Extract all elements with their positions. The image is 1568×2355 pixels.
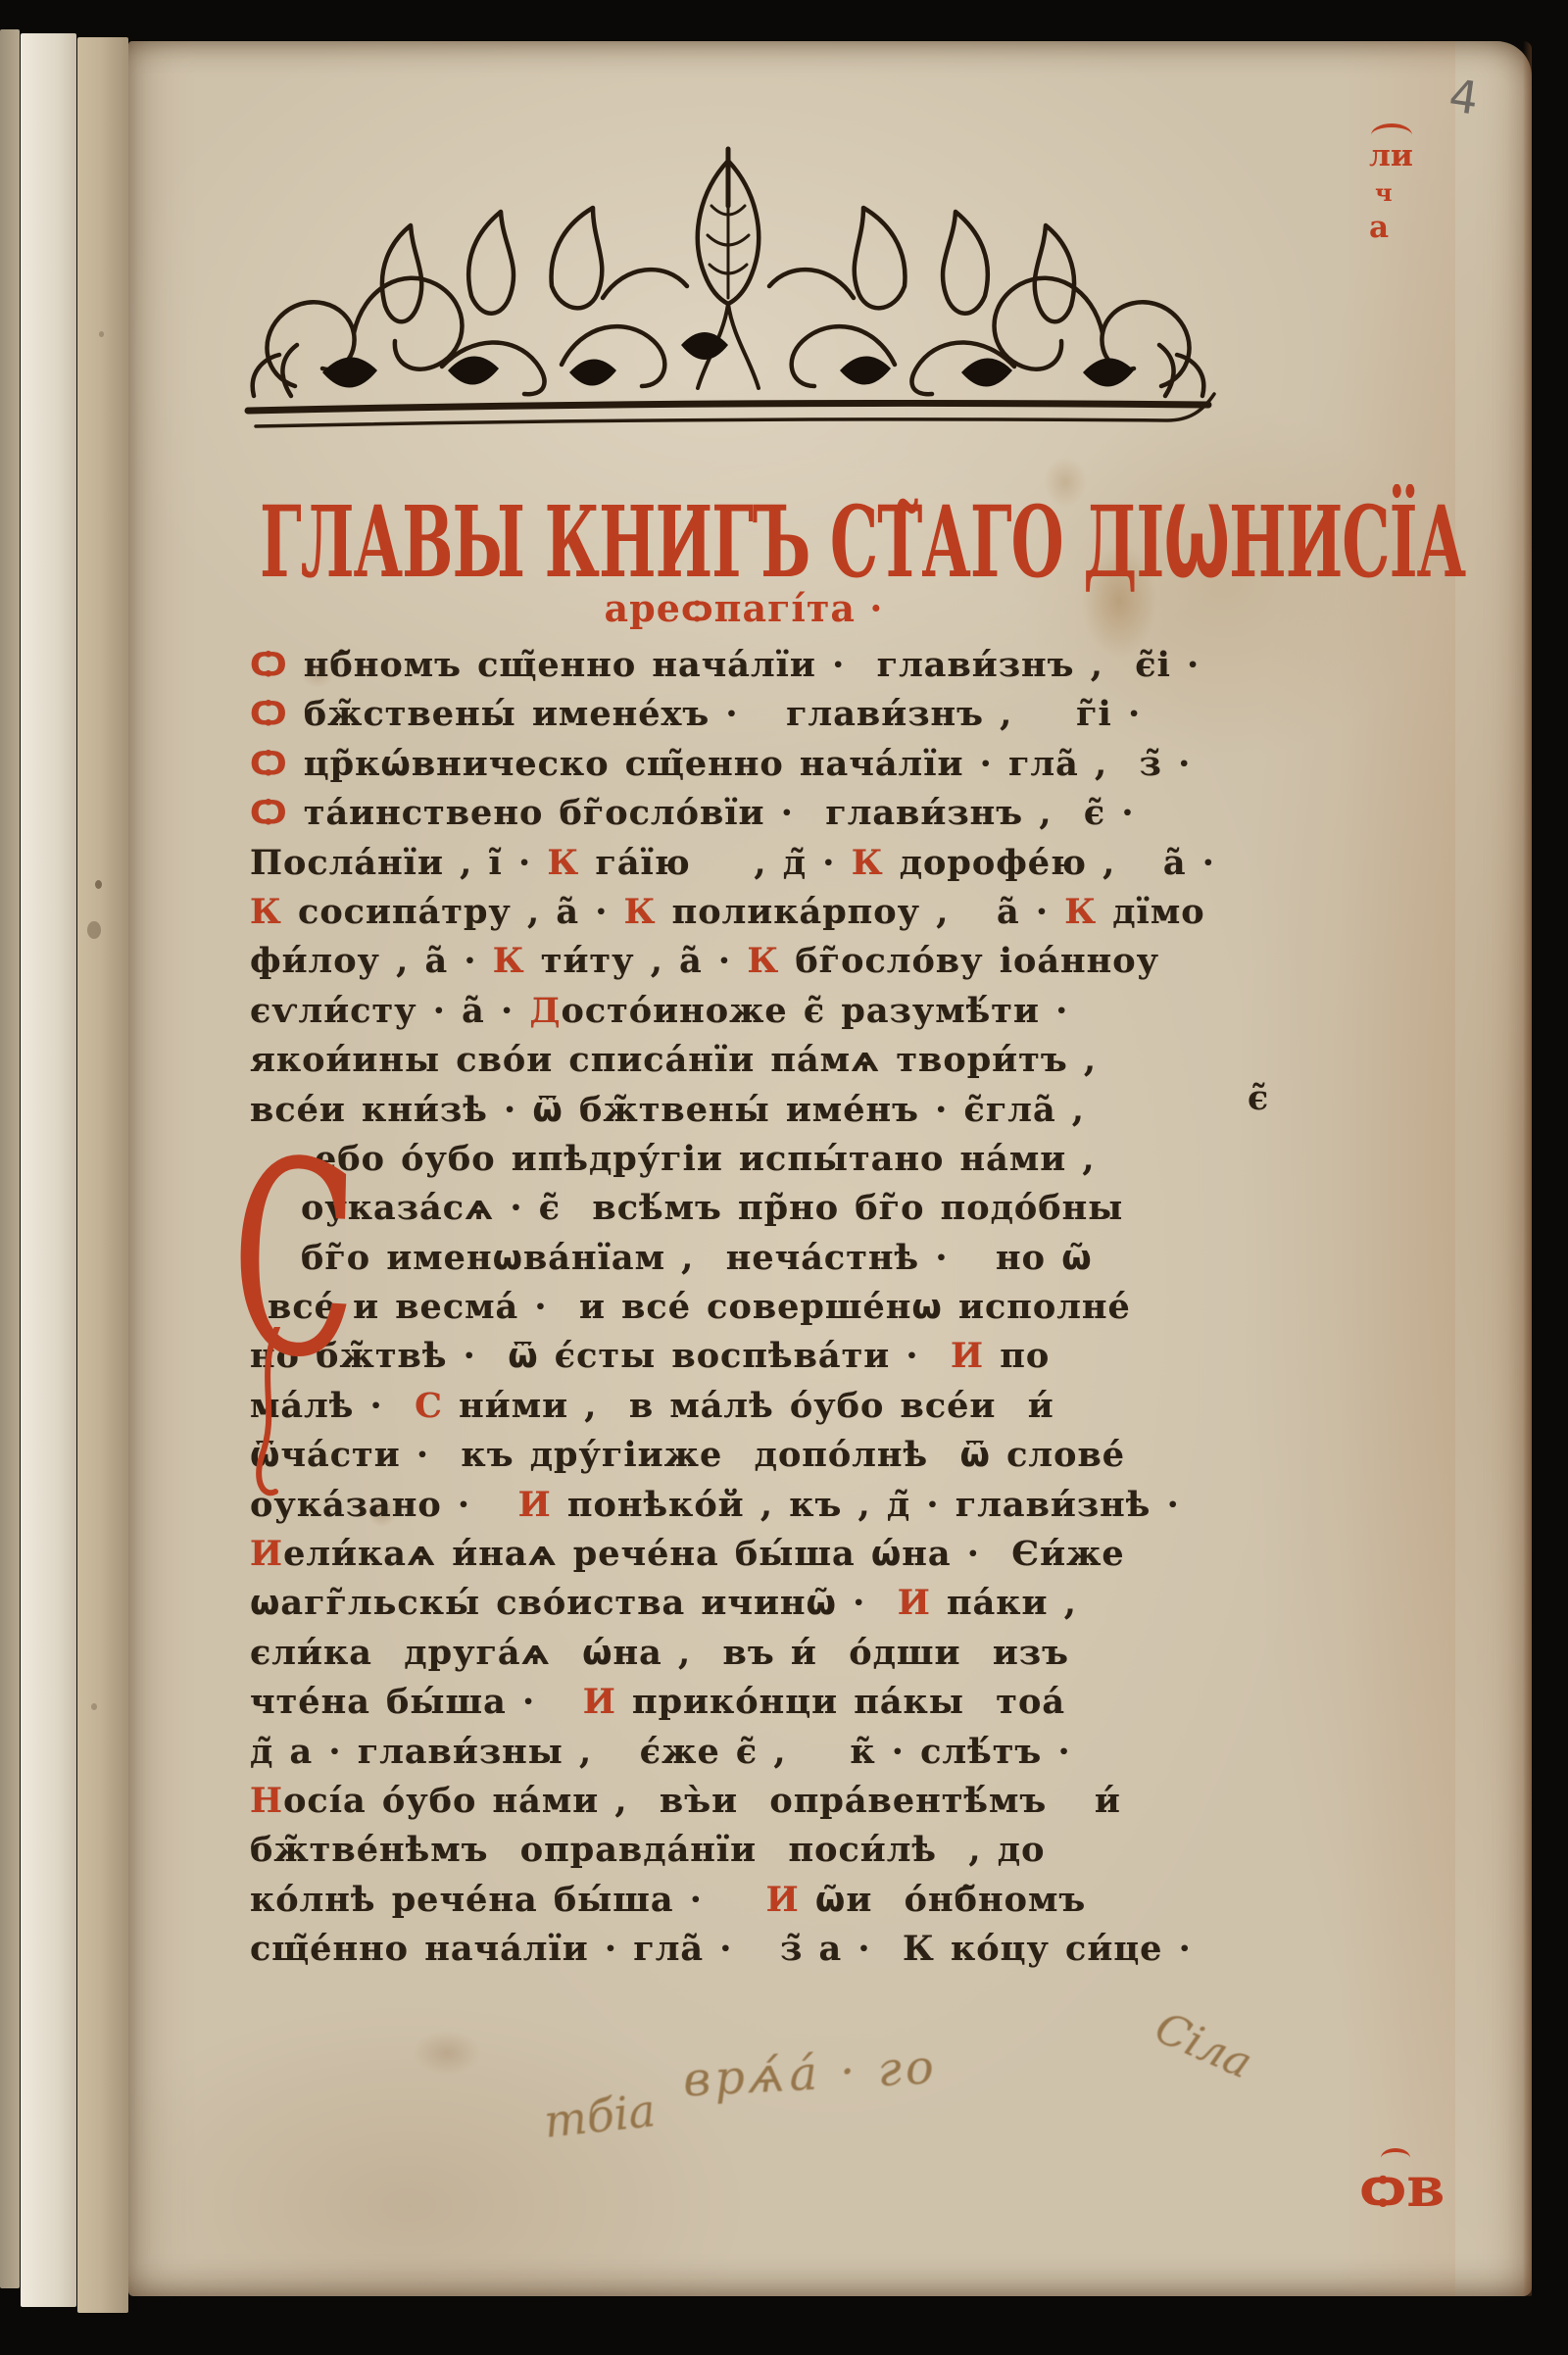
margin-note-e: є̃ [1248, 1078, 1268, 1118]
manuscript-line: Ѻ цр̃кѡ́вническо сщ̃енно нача́лїи · гла̃… [250, 740, 1318, 789]
manuscript-line: чте́на бы́ша · И прико́нци па́кы тоа́ [250, 1678, 1318, 1727]
text-segment: д̃ а · глави́зны , є́же є̃ , к̃ · слѣ́тъ… [250, 1732, 1071, 1772]
rubric-letter: К [852, 843, 884, 883]
rubric-letter: К [493, 941, 525, 981]
manuscript-line: оука́зано · И понѣко́й , къ , д̃ · глави… [250, 1481, 1318, 1530]
manuscript-line: Носі́а о́убо на́ми , въ̀и опра́вентѣ́мъ … [250, 1777, 1318, 1826]
manuscript-line: д̃ а · глави́зны , є́же є̃ , к̃ · слѣ́тъ… [250, 1728, 1318, 1777]
manuscript-line: К сосипа́тру , а̃ · К полика́рпоу , а̃ ·… [250, 888, 1318, 937]
text-segment: оука́зано · [250, 1485, 518, 1525]
text-segment: сщ̃е́нно нача́лїи · гла̃ · з̃ а · К ко́ц… [250, 1929, 1192, 1969]
quire-mark: ѻв [1359, 2148, 1445, 2215]
manuscript-line: оуказа́сѧ · є̃ всѣ́мъ пр̃но бг̃о подо́бн… [250, 1184, 1318, 1233]
manuscript-line: но бж̃твѣ · ѿ є́сты воспѣва́ти · И по [250, 1332, 1318, 1381]
text-segment: все́и кни́зѣ · ѿ бж̃твены́ име́нъ · є̃гл… [250, 1090, 1085, 1130]
rubric-letter: Ѻ [250, 744, 288, 784]
manuscript-line: все́ и весма́ · и все́ соверше́нѡ исполн… [250, 1283, 1318, 1332]
text-block: Ѻ нб̃номъ сщ̃енно нача́лїи · глави́знъ ,… [250, 641, 1318, 1975]
manuscript-scan: 4 ли ч а [0, 0, 1568, 2355]
text-segment: ѿча́сти · къ дру́гіиже допо́лнѣ ѿ слове́ [250, 1435, 1125, 1475]
manuscript-line: сщ̃е́нно нача́лїи · гла̃ · з̃ а · К ко́ц… [250, 1925, 1318, 1974]
text-segment: понѣко́й , къ , д̃ · глави́знѣ · [552, 1485, 1180, 1525]
rubric-letter: И [583, 1682, 616, 1722]
manuscript-line: все́и кни́зѣ · ѿ бж̃твены́ име́нъ · є̃гл… [250, 1086, 1318, 1135]
rubric-letter: С [415, 1386, 443, 1426]
text-segment: ели́каѧ и́наѧ рече́на бы́ша ѡ́на · Єи́же [283, 1534, 1125, 1574]
rubric-letter: Н [250, 1781, 283, 1821]
rubric-letter: И [766, 1880, 800, 1920]
text-segment: фи́лоу , а̃ · [250, 941, 493, 981]
manuscript-line: Ѻ нб̃номъ сщ̃енно нача́лїи · глави́знъ ,… [250, 641, 1318, 690]
facing-page-edge [0, 29, 20, 2288]
text-segment: ни́ми , в ма́лѣ о́убо все́и и́ [443, 1386, 1054, 1426]
text-segment: ебо о́убо ипѣдру́гіи испы́тано на́ми , [315, 1139, 1096, 1179]
text-segment: дїмо [1097, 892, 1205, 932]
speck [91, 1703, 97, 1710]
manuscript-line: ѿча́сти · къ дру́гіиже допо́лнѣ ѿ слове́ [250, 1431, 1318, 1480]
text-segment: ко́лнѣ рече́на бы́ша · [250, 1880, 766, 1920]
text-segment: па́ки , [931, 1583, 1077, 1623]
manuscript-line: якои́ины сво́и списа́нїи па́мѧ твори́тъ … [250, 1036, 1318, 1085]
pen-trial: тбіа [541, 2084, 658, 2148]
manuscript-line: фи́лоу , а̃ · К ти́ту , а̃ · К бг̃осло́в… [250, 937, 1318, 986]
rubric-letter: И [250, 1534, 283, 1574]
text-segment: по [984, 1336, 1050, 1376]
text-segment: ти́ту , а̃ · [525, 941, 748, 981]
text-segment: сосипа́тру , а̃ · [282, 892, 624, 932]
pen-trial: врѧ́а́ · го [682, 2039, 939, 2108]
manuscript-line: Посла́нїи , і̃ · К га́їю , д̃ · К дорофе… [250, 839, 1318, 888]
text-segment: осто́иноже є̃ разумѣ́ти · [561, 991, 1068, 1031]
manuscript-line: ѡагг̃льскы́ сво́иства ичинѡ̃ · И па́ки , [250, 1579, 1318, 1628]
rubric-letter: а [1369, 213, 1438, 243]
rubric-margin-note: ли ч а [1369, 123, 1438, 253]
rubric-letter: Ѻ [250, 793, 288, 833]
manuscript-line: ко́лнѣ рече́на бы́ша · И ѡ̃и о́нб̃номъ [250, 1876, 1318, 1925]
text-segment: дорофе́ю , а̃ · [884, 843, 1215, 883]
text-segment: бг̃осло́ву іоа́нноу [779, 941, 1159, 981]
manuscript-line: бж̃тве́нѣмъ оправда́нїи поси́лѣ , до [250, 1826, 1318, 1875]
drop-cap-flourish [244, 1327, 287, 1513]
quire-mark-letters: ѻв [1359, 2155, 1445, 2220]
worn-edge [1523, 41, 1532, 2296]
rubric-letter: ли [1369, 141, 1438, 172]
speck [95, 880, 102, 889]
page-title: ГЛАВЫ КНИГЪ СТ̃АГО ДІѠНИСЇА [260, 484, 1193, 600]
text-segment: прико́нци па́кы тоа́ [616, 1682, 1065, 1722]
speck [87, 921, 101, 939]
text-segment: нб̃номъ сщ̃енно нача́лїи · глави́знъ , є… [288, 645, 1200, 685]
text-segment: бж̃тве́нѣмъ оправда́нїи поси́лѣ , до [250, 1830, 1045, 1870]
manuscript-line: Ѻ бж̃ствены́ имене́хъ · глави́знъ , г̃і … [250, 690, 1318, 739]
manuscript-line: бг̃о именѡва́нїам , неча́стнѣ · но ѡ̃ [250, 1234, 1318, 1283]
edge-staining [1338, 41, 1455, 2296]
text-segment: Посла́нїи , і̃ · [250, 843, 547, 883]
manuscript-line: Ѻ та́инствено бг̃осло́вїи · глави́знъ , … [250, 789, 1318, 838]
rubric-letter: ч [1375, 181, 1438, 205]
text-segment: полика́рпоу , а̃ · [656, 892, 1064, 932]
text-segment: все́ и весма́ · и все́ соверше́нѡ исполн… [268, 1287, 1131, 1327]
manuscript-line: єли́ка друга́ѧ ѡ́на , въ и́ о́дши изъ [250, 1629, 1318, 1678]
text-segment: бж̃ствены́ имене́хъ · глави́знъ , г̃і · [288, 694, 1142, 734]
page-subtitle: ареѻпагі́та · [587, 586, 901, 630]
rubric-letter: К [747, 941, 779, 981]
rubric-letter: Ѻ [250, 645, 288, 685]
text-segment: ѡ̃и о́нб̃номъ [800, 1880, 1086, 1920]
rubric-letter: И [898, 1583, 931, 1623]
text-segment: та́инствено бг̃осло́вїи · глави́знъ , є̃… [288, 793, 1135, 833]
rubric-letter: К [624, 892, 657, 932]
manuscript-page: 4 ли ч а [128, 41, 1532, 2296]
manuscript-line: єѵли́сту · а̃ · Досто́иноже є̃ разумѣ́ти… [250, 987, 1318, 1036]
rubric-letter: И [518, 1485, 552, 1525]
text-segment: цр̃кѡ́вническо сщ̃енно нача́лїи · гла̃ ,… [288, 744, 1192, 784]
rubric-letter: К [250, 892, 282, 932]
text-segment: ѡагг̃льскы́ сво́иства ичинѡ̃ · [250, 1583, 898, 1623]
text-segment: оуказа́сѧ · є̃ всѣ́мъ пр̃но бг̃о подо́бн… [301, 1188, 1123, 1228]
titlo-arc [1371, 123, 1412, 135]
speck [99, 331, 104, 337]
folio-number: 4 [1445, 69, 1482, 125]
manuscript-line: ебо о́убо ипѣдру́гіи испы́тано на́ми , [250, 1135, 1318, 1184]
gutter-strip [77, 37, 128, 2313]
headpiece-ornament [238, 139, 1218, 443]
rubric-letter: Ѻ [250, 694, 288, 734]
text-segment: чте́на бы́ша · [250, 1682, 583, 1722]
text-segment: єли́ка друга́ѧ ѡ́на , въ и́ о́дши изъ [250, 1633, 1069, 1673]
rubric-letter: И [951, 1336, 984, 1376]
manuscript-line: Иели́каѧ и́наѧ рече́на бы́ша ѡ́на · Єи́ж… [250, 1530, 1318, 1579]
rubric-letter: К [1064, 892, 1097, 932]
manuscript-line: ма́лѣ · С ни́ми , в ма́лѣ о́убо все́и и́ [250, 1382, 1318, 1431]
rubric-letter: К [547, 843, 579, 883]
foxing-spot [413, 2031, 481, 2076]
pen-trial: Сіла [1148, 2002, 1259, 2088]
text-segment: осі́а о́убо на́ми , въ̀и опра́вентѣ́мъ и… [283, 1781, 1121, 1821]
text-segment: бг̃о именѡва́нїам , неча́стнѣ · но ѡ̃ [301, 1238, 1093, 1278]
rubric-letter: Д [529, 991, 561, 1031]
text-segment: єѵли́сту · а̃ · [250, 991, 529, 1031]
page-edge-strip [21, 33, 76, 2307]
text-segment: га́їю , д̃ · [579, 843, 852, 883]
text-segment: якои́ины сво́и списа́нїи па́мѧ твори́тъ … [250, 1040, 1097, 1080]
